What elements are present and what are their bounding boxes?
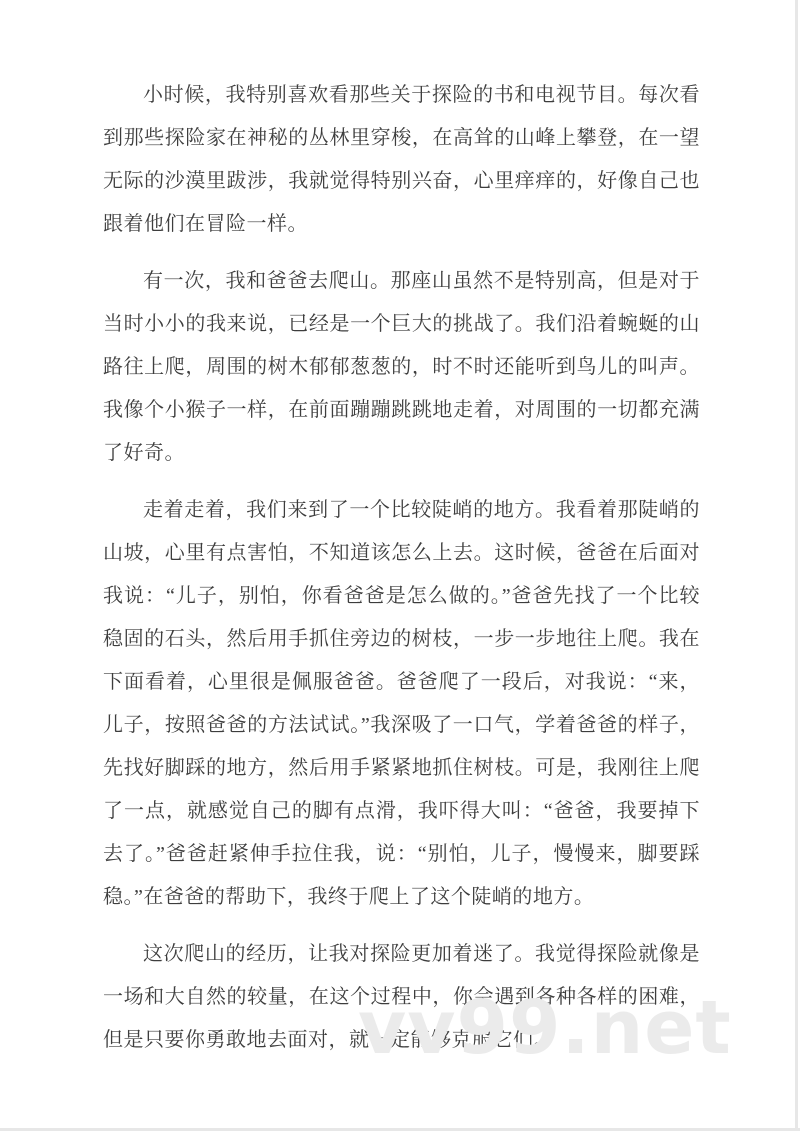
essay-body: 小时候，我特别喜欢看那些关于探险的书和电视节目。每次看到那些探险家在神秘的丛林里… [103, 74, 700, 1076]
paragraph-3: 走着走着，我们来到了一个比较陡峭的地方。我看着那陡峭的山坡，心里有点害怕，不知道… [103, 489, 700, 919]
page-bottom-edge [0, 1128, 800, 1131]
paragraph-2: 有一次，我和爸爸去爬山。那座山虽然不是特别高，但是对于当时小小的我来说，已经是一… [103, 260, 700, 475]
page-right-edge [795, 0, 798, 1130]
site-watermark: vv99.net [358, 985, 732, 1071]
paragraph-1: 小时候，我特别喜欢看那些关于探险的书和电视节目。每次看到那些探险家在神秘的丛林里… [103, 74, 700, 246]
document-page: 小时候，我特别喜欢看那些关于探险的书和电视节目。每次看到那些探险家在神秘的丛林里… [0, 0, 800, 1137]
